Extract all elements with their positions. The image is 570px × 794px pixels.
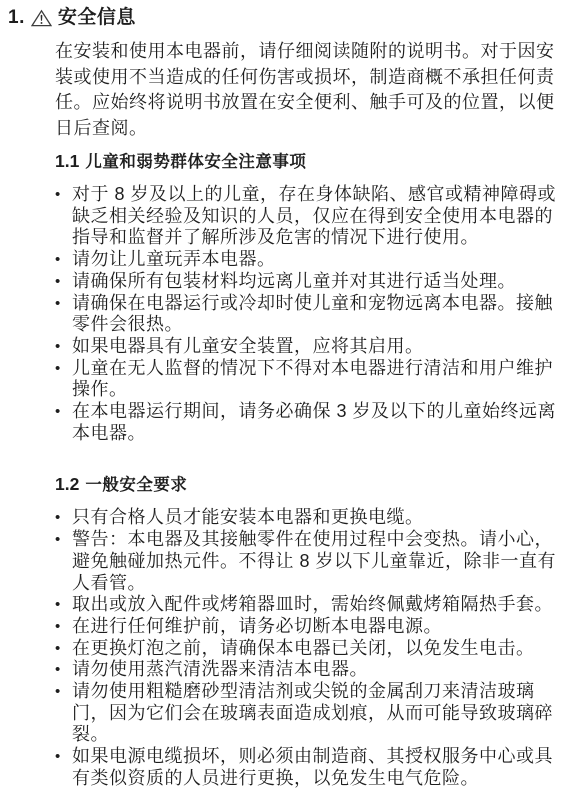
section-1-1-heading: 1.1儿童和弱势群体安全注意事项 [55, 150, 566, 173]
bullet-icon: • [55, 529, 72, 551]
list-item: •在进行任何维护前，请务必切断本电器电源。 [55, 616, 566, 638]
list-item-text: 在本电器运行期间，请务必确保 3 岁及以下的儿童始终远离本电器。 [72, 401, 566, 444]
list-item: •如果电源电缆损坏，则必须由制造商、其授权服务中心或具有类似资质的人员进行更换，… [55, 746, 566, 789]
list-item-text: 对于 8 岁及以上的儿童，存在身体缺陷、感官或精神障碍或缺乏相关经验及知识的人员… [72, 184, 566, 249]
list-item-text: 请勿让儿童玩弄本电器。 [72, 249, 566, 271]
chapter-number: 1. [8, 6, 25, 30]
bullet-icon: • [55, 271, 72, 293]
list-item-text: 儿童在无人监督的情况下不得对本电器进行清洁和用户维护操作。 [72, 358, 566, 401]
list-item-text: 在更换灯泡之前，请确保本电器已关闭，以免发生电击。 [72, 638, 566, 660]
list-item-text: 请确保在电器运行或冷却时使儿童和宠物远离本电器。接触零件会很热。 [72, 293, 566, 336]
list-item: •对于 8 岁及以上的儿童，存在身体缺陷、感官或精神障碍或缺乏相关经验及知识的人… [55, 184, 566, 249]
list-item: •请勿让儿童玩弄本电器。 [55, 249, 566, 271]
section-number: 1.1 [55, 151, 79, 171]
manual-page: 1. 安全信息 在安装和使用本电器前，请仔细阅读随附的说明书。对于因安装或使用不… [0, 0, 570, 794]
section-title: 一般安全要求 [85, 476, 187, 494]
bullet-icon: • [55, 594, 72, 616]
list-item: •请勿使用粗糙磨砂型清洁剂或尖锐的金属刮刀来清洁玻璃门，因为它们会在玻璃表面造成… [55, 681, 566, 746]
list-item: •在更换灯泡之前，请确保本电器已关闭，以免发生电击。 [55, 638, 566, 660]
list-item: •请确保所有包装材料均远离儿童并对其进行适当处理。 [55, 271, 566, 293]
list-item-text: 请确保所有包装材料均远离儿童并对其进行适当处理。 [72, 271, 566, 293]
page-content: 在安装和使用本电器前，请仔细阅读随附的说明书。对于因安装或使用不当造成的任何伤害… [55, 39, 566, 790]
list-item-text: 请勿使用蒸汽清洗器来清洁本电器。 [72, 659, 566, 681]
list-item-text: 只有合格人员才能安装本电器和更换电缆。 [72, 507, 566, 529]
bullet-icon: • [55, 293, 72, 315]
list-item: •儿童在无人监督的情况下不得对本电器进行清洁和用户维护操作。 [55, 358, 566, 401]
list-item: •请确保在电器运行或冷却时使儿童和宠物远离本电器。接触零件会很热。 [55, 293, 566, 336]
section-1-2-bullet-list: •只有合格人员才能安装本电器和更换电缆。 •警告：本电器及其接触零件在使用过程中… [55, 507, 566, 789]
list-item: •在本电器运行期间，请务必确保 3 岁及以下的儿童始终远离本电器。 [55, 401, 566, 444]
chapter-title: 安全信息 [58, 6, 136, 30]
list-item-text: 如果电器具有儿童安全装置，应将其启用。 [72, 336, 566, 358]
page-title: 1. 安全信息 [8, 6, 566, 30]
section-1-1-bullet-list: •对于 8 岁及以上的儿童，存在身体缺陷、感官或精神障碍或缺乏相关经验及知识的人… [55, 184, 566, 444]
list-item: •警告：本电器及其接触零件在使用过程中会变热。请小心，避免触碰加热元件。不得让 … [55, 529, 566, 594]
bullet-icon: • [55, 184, 72, 206]
bullet-icon: • [55, 336, 72, 358]
list-item-text: 请勿使用粗糙磨砂型清洁剂或尖锐的金属刮刀来清洁玻璃门，因为它们会在玻璃表面造成划… [72, 681, 566, 746]
warning-triangle-icon [31, 9, 52, 27]
bullet-icon: • [55, 681, 72, 703]
bullet-icon: • [55, 746, 72, 768]
list-item-text: 警告：本电器及其接触零件在使用过程中会变热。请小心，避免触碰加热元件。不得让 8… [72, 529, 566, 594]
section-general-safety: 1.2一般安全要求 •只有合格人员才能安装本电器和更换电缆。 •警告：本电器及其… [55, 473, 566, 789]
list-item: •如果电器具有儿童安全装置，应将其启用。 [55, 336, 566, 358]
bullet-icon: • [55, 659, 72, 681]
list-item: •取出或放入配件或烤箱器皿时，需始终佩戴烤箱隔热手套。 [55, 594, 566, 616]
intro-paragraph: 在安装和使用本电器前，请仔细阅读随附的说明书。对于因安装或使用不当造成的任何伤害… [55, 39, 566, 141]
list-item-text: 如果电源电缆损坏，则必须由制造商、其授权服务中心或具有类似资质的人员进行更换，以… [72, 746, 566, 789]
bullet-icon: • [55, 249, 72, 271]
bullet-icon: • [55, 358, 72, 380]
section-child-safety: 1.1儿童和弱势群体安全注意事项 •对于 8 岁及以上的儿童，存在身体缺陷、感官… [55, 150, 566, 444]
bullet-icon: • [55, 401, 72, 423]
bullet-icon: • [55, 507, 72, 529]
bullet-icon: • [55, 638, 72, 660]
bullet-icon: • [55, 616, 72, 638]
list-item-text: 取出或放入配件或烤箱器皿时，需始终佩戴烤箱隔热手套。 [72, 594, 566, 616]
list-item: •请勿使用蒸汽清洗器来清洁本电器。 [55, 659, 566, 681]
list-item-text: 在进行任何维护前，请务必切断本电器电源。 [72, 616, 566, 638]
section-1-2-heading: 1.2一般安全要求 [55, 473, 566, 496]
section-title: 儿童和弱势群体安全注意事项 [85, 153, 306, 171]
section-number: 1.2 [55, 474, 79, 494]
list-item: •只有合格人员才能安装本电器和更换电缆。 [55, 507, 566, 529]
